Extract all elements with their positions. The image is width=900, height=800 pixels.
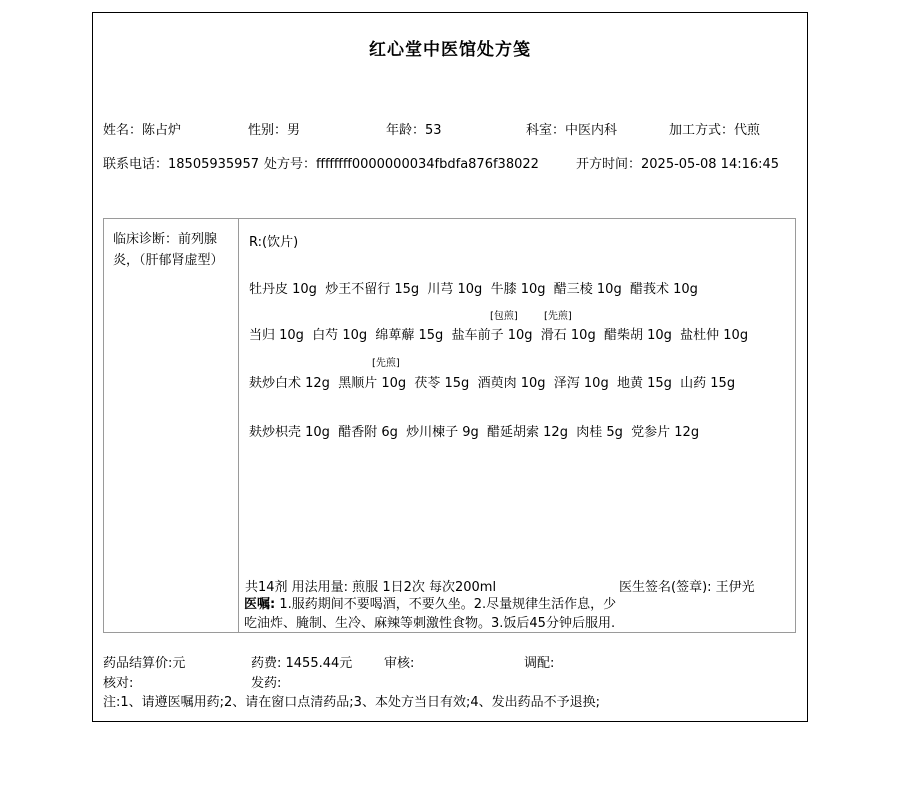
patient-age-field: 年龄：53 bbox=[386, 119, 442, 138]
advice-text: 1.服药期间不要喝酒，不要久坐。2.尽量规律生活作息，少吃油炸、腌制、生冷、麻辣… bbox=[244, 597, 616, 631]
dosage-usage-line: 共14剂 用法用量: 煎服 1日2次 每次200ml bbox=[245, 576, 496, 595]
rx-line: 牡丹皮 10g 炒王不留行 15g 川芎 10g 牛膝 10g 醋三棱 10g … bbox=[249, 278, 698, 297]
phone-field: 联系电话：18505935957 bbox=[103, 153, 259, 172]
review-field: 审核: bbox=[384, 652, 414, 671]
prepare-field: 调配: bbox=[524, 652, 554, 671]
decoct-note-baojian: [包煎] bbox=[490, 307, 518, 322]
fee-field: 药费: 1455.44元 bbox=[251, 652, 352, 671]
decoct-note-xianjian: [先煎] bbox=[544, 307, 572, 322]
rx-line: 当归 10g 白芍 10g 绵萆薢 15g 盐车前子 10g 滑石 10g 醋柴… bbox=[249, 324, 748, 343]
rx-line: 麸炒白术 12g 黑顺片 10g 茯苓 15g 酒萸肉 10g 泽泻 10g 地… bbox=[249, 372, 735, 391]
dispense-field: 发药: bbox=[251, 672, 281, 691]
prescription-no-field: 处方号：ffffffff0000000034fbdfa876f38022 bbox=[264, 153, 539, 172]
processing-mode-field: 加工方式：代煎 bbox=[669, 119, 760, 138]
rx-header: R:(饮片) bbox=[249, 231, 298, 250]
settle-price-field: 药品结算价:元 bbox=[103, 652, 185, 671]
clinical-diagnosis: 临床诊断：前列腺炎，（肝郁肾虚型） bbox=[104, 219, 239, 632]
rx-line: 麸炒枳壳 10g 醋香附 6g 炒川楝子 9g 醋延胡索 12g 肉桂 5g 党… bbox=[249, 421, 699, 440]
doctor-signature-line: 医生签名(签章): 王伊光 bbox=[619, 576, 755, 595]
advice-label: 医嘱: bbox=[244, 597, 275, 612]
prescription-box: 临床诊断：前列腺炎，（肝郁肾虚型） R:(饮片) 牡丹皮 10g 炒王不留行 1… bbox=[103, 218, 796, 633]
clinic-title: 红心堂中医馆处方笺 bbox=[93, 35, 807, 60]
footer-note: 注:1、请遵医嘱用药;2、请在窗口点清药品;3、本处方当日有效;4、发出药品不予… bbox=[103, 691, 600, 710]
check-field: 核对: bbox=[103, 672, 133, 691]
medical-advice: 医嘱: 1.服药期间不要喝酒，不要久坐。2.尽量规律生活作息，少吃油炸、腌制、生… bbox=[244, 595, 622, 633]
prescription-page: 红心堂中医馆处方笺 姓名：陈占炉 性别：男 年龄：53 科室：中医内科 加工方式… bbox=[0, 0, 900, 800]
patient-gender-field: 性别：男 bbox=[248, 119, 300, 138]
prescription-sheet: 红心堂中医馆处方笺 姓名：陈占炉 性别：男 年龄：53 科室：中医内科 加工方式… bbox=[92, 12, 808, 722]
department-field: 科室：中医内科 bbox=[526, 119, 617, 138]
decoct-note-xianjian: [先煎] bbox=[372, 354, 400, 369]
prescription-content: R:(饮片) 牡丹皮 10g 炒王不留行 15g 川芎 10g 牛膝 10g 醋… bbox=[240, 219, 795, 632]
issue-time-field: 开方时间：2025-05-08 14:16:45 bbox=[576, 153, 779, 172]
patient-name-field: 姓名：陈占炉 bbox=[103, 119, 181, 138]
